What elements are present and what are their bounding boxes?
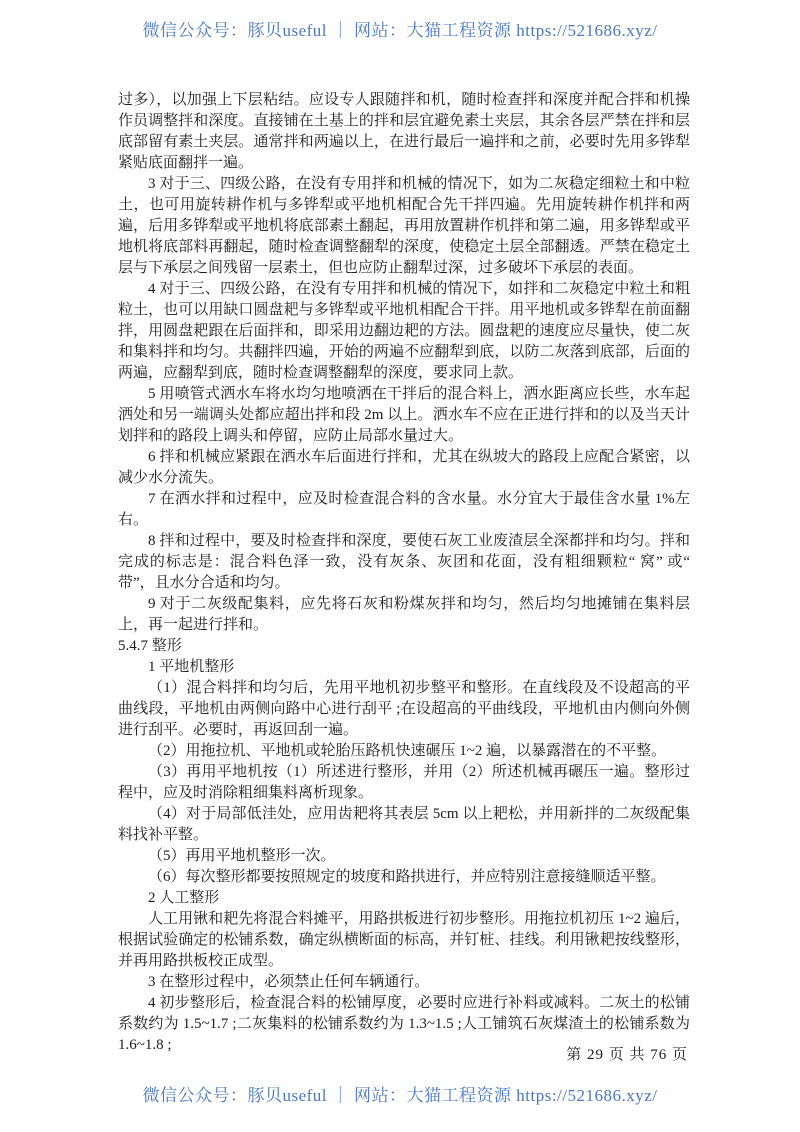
paragraph-item-4: 4 对于三、四级公路，在没有专用拌和机械的情况下，如拌和二灰稳定中粒土和粗粒土，… — [118, 279, 690, 384]
paragraph-continuation: 过多），以加强上下层粘结。应设专人跟随拌和机，随时检查拌和深度并配合拌和机操作员… — [118, 90, 690, 174]
document-page: { "watermark": { "text": "微信公众号：豚贝useful… — [0, 0, 800, 1132]
paragraph-sub-3: （3）再用平地机按（1）所述进行整形，并用（2）所述机械再碾压一遍。整形过程中，… — [118, 762, 690, 804]
paragraph-item-9: 9 对于二灰级配集料，应先将石灰和粉煤灰拌和均匀，然后均匀地摊铺在集料层上，再一… — [118, 594, 690, 636]
paragraph-item-7: 7 在洒水拌和过程中，应及时检查混合料的含水量。水分宜大于最佳含水量 1%左右。 — [118, 489, 690, 531]
footer-watermark: 微信公众号：豚贝useful ｜ 网站：大猫工程资源 https://52168… — [0, 1081, 800, 1106]
paragraph-sub-2: （2）用拖拉机、平地机或轮胎压路机快速碾压 1~2 遍，以暴露潜在的不平整。 — [118, 741, 690, 762]
paragraph-item-3: 3 对于三、四级公路，在没有专用拌和机械的情况下，如为二灰稳定细粒土和中粒土，也… — [118, 174, 690, 279]
paragraph-item-3b: 3 在整形过程中，必须禁止任何车辆通行。 — [118, 972, 690, 993]
subheading-manual-shaping: 2 人工整形 — [118, 888, 690, 909]
paragraph-sub-5: （5）再用平地机整形一次。 — [118, 846, 690, 867]
paragraph-sub-1: （1）混合料拌和均匀后，先用平地机初步整平和整形。在直线段及不设超高的平曲线段，… — [118, 678, 690, 741]
paragraph-item-6: 6 拌和机械应紧跟在洒水车后面进行拌和，尤其在纵坡大的路段上应配合紧密，以减少水… — [118, 447, 690, 489]
page-number: 第 29 页 共 76 页 — [566, 1043, 688, 1064]
subheading-grader-shaping: 1 平地机整形 — [118, 657, 690, 678]
header-watermark: 微信公众号：豚贝useful ｜ 网站：大猫工程资源 https://52168… — [0, 16, 800, 41]
document-body: 过多），以加强上下层粘结。应设专人跟随拌和机，随时检查拌和深度并配合拌和机操作员… — [118, 90, 690, 1056]
paragraph-item-5: 5 用喷管式洒水车将水均匀地喷洒在干拌后的混合料上，洒水距离应长些，水车起洒处和… — [118, 384, 690, 447]
paragraph-manual-shaping: 人工用锹和耙先将混合料摊平，用路拱板进行初步整形。用拖拉机初压 1~2 遍后，根… — [118, 909, 690, 972]
section-heading-5-4-7: 5.4.7 整形 — [118, 636, 690, 657]
paragraph-sub-4: （4）对于局部低洼处，应用齿耙将其表层 5cm 以上耙松，并用新拌的二灰级配集料… — [118, 804, 690, 846]
paragraph-item-8: 8 拌和过程中，要及时检查拌和深度，要使石灰工业废渣层全深都拌和均匀。拌和完成的… — [118, 531, 690, 594]
paragraph-sub-6: （6）每次整形都要按照规定的坡度和路拱进行，并应特别注意接缝顺适平整。 — [118, 867, 690, 888]
